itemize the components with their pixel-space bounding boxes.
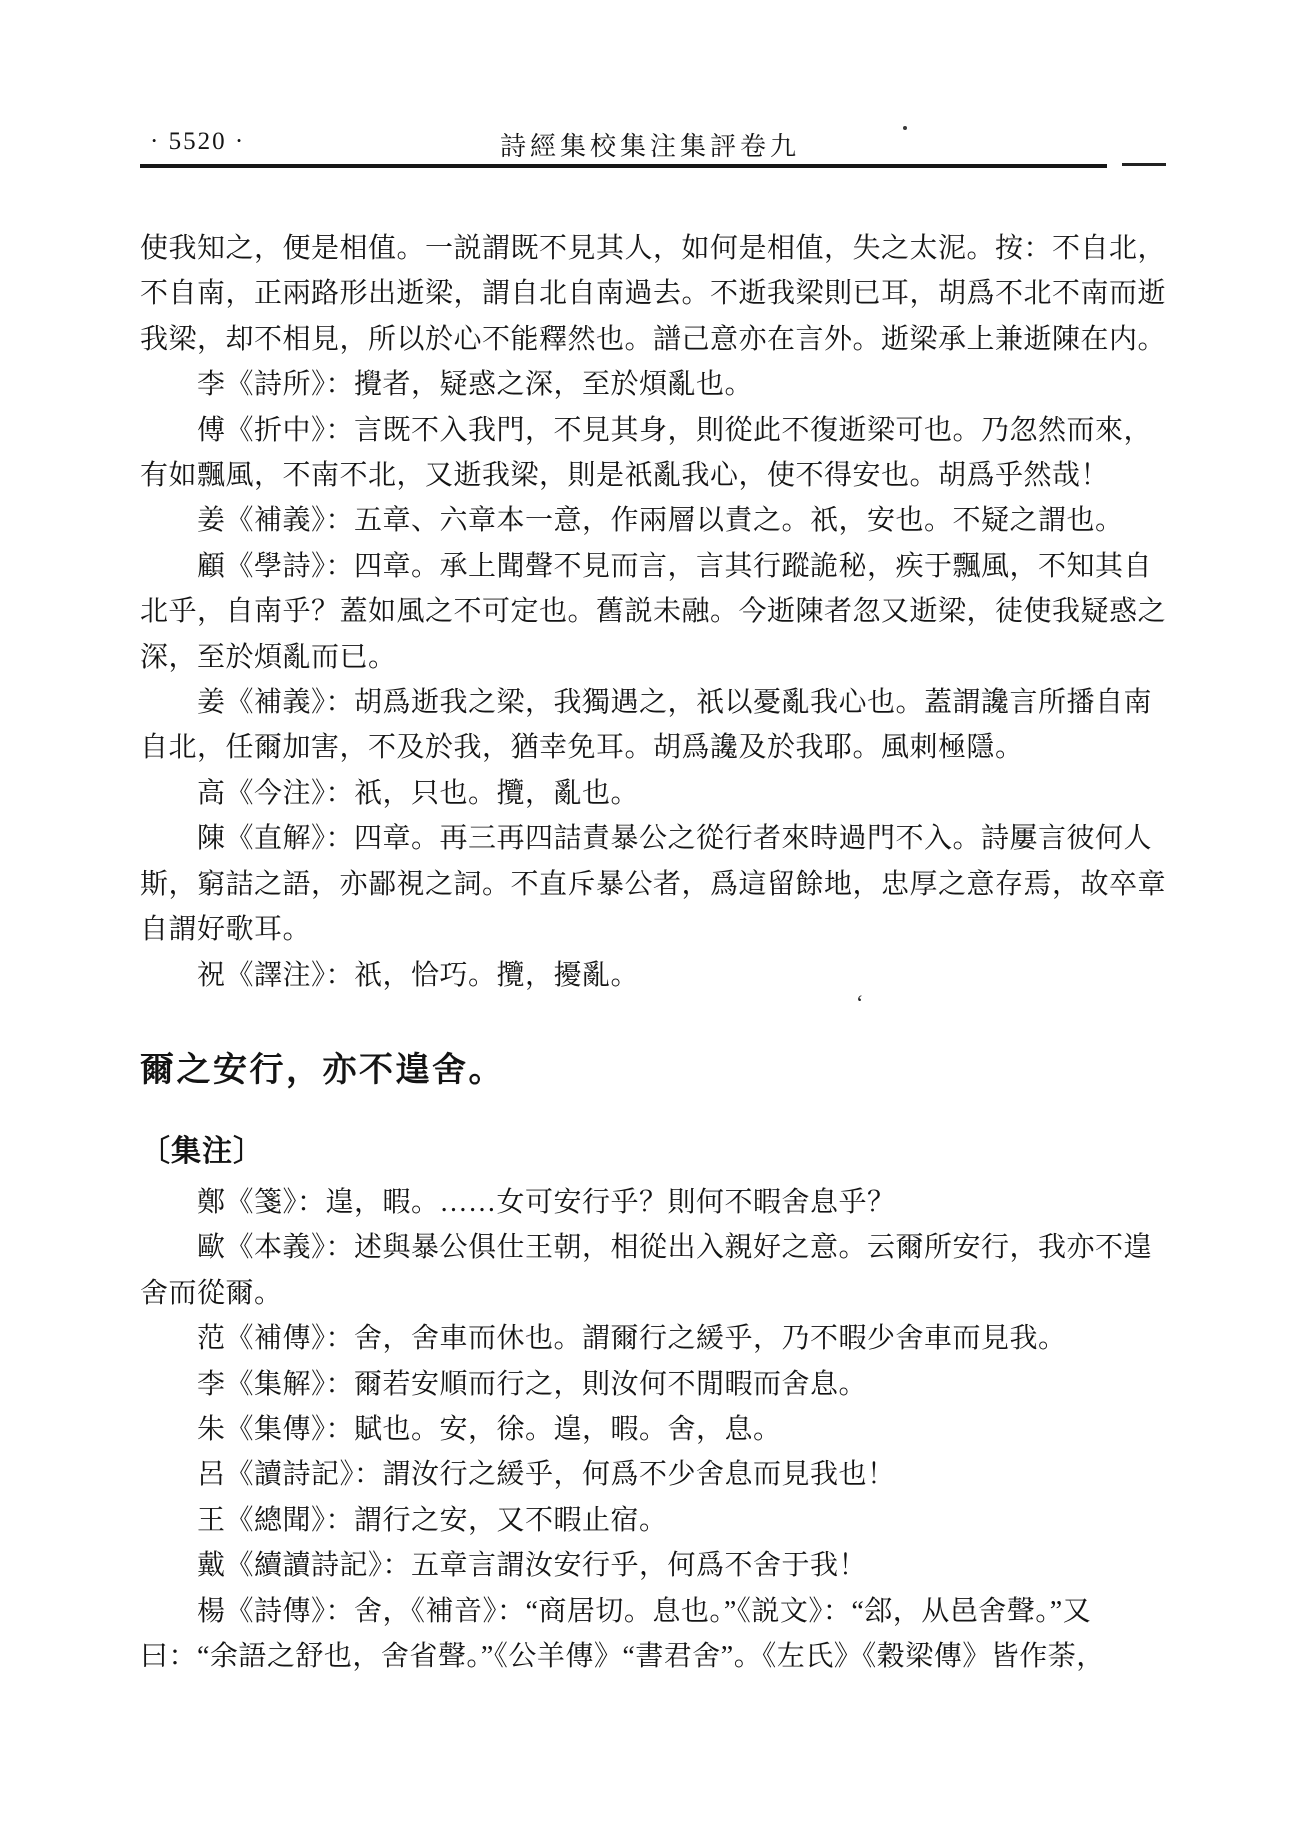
text-line: 不自南，正兩路形出逝梁，謂自北自南過去。不逝我梁則已耳，胡爲不北不南而逝 xyxy=(140,271,1162,316)
text-line: 王《總聞》：謂行之安，又不暇止宿。 xyxy=(140,1498,1162,1543)
text-line: 顧《學詩》：四章。承上聞聲不見而言，言其行蹤詭秘，疾于飄風，不知其自 xyxy=(140,544,1162,589)
text-line: 自謂好歌耳。 xyxy=(140,907,1162,952)
text-line: 戴《續讀詩記》：五章言謂汝安行乎，何爲不舍于我！ xyxy=(140,1543,1162,1588)
text-line: 舍而從爾。 xyxy=(140,1271,1162,1316)
text-line: 鄭《箋》：遑，暇。……女可安行乎？則何不暇舍息乎？ xyxy=(140,1180,1162,1225)
scan-artifact-quote: ‘ xyxy=(856,990,863,1016)
scan-artifact-dot xyxy=(903,126,907,130)
text-line: 呂《讀詩記》：謂汝行之緩乎，何爲不少舍息而見我也！ xyxy=(140,1452,1162,1497)
text-line: 有如飄風，不南不北，又逝我梁，則是祇亂我心，使不得安也。胡爲乎然哉！ xyxy=(140,453,1162,498)
text-line: 李《詩所》：攪者，疑惑之深，至於煩亂也。 xyxy=(140,362,1162,407)
text-line: 使我知之，便是相值。一説謂既不見其人，如何是相值，失之太泥。按：不自北， xyxy=(140,226,1162,271)
text-line: 斯，窮詰之語，亦鄙視之詞。不直斥暴公者，爲這留餘地，忠厚之意存焉，故卒章 xyxy=(140,862,1162,907)
header-rule-end-dash xyxy=(1122,163,1166,166)
text-line: 李《集解》：爾若安順而行之，則汝何不閒暇而舍息。 xyxy=(140,1362,1162,1407)
text-line: 深，至於煩亂而已。 xyxy=(140,635,1162,680)
text-line: 傅《折中》：言既不入我門，不見其身，則從此不復逝梁可也。乃忽然而來， xyxy=(140,408,1162,453)
text-line: 曰：“余語之舒也，舍省聲。”《公羊傳》“書君舍”。《左氏》《穀梁傳》皆作荼， xyxy=(140,1634,1162,1679)
text-line: 自北，任爾加害，不及於我，猶幸免耳。胡爲讒及於我耶。風刺極隱。 xyxy=(140,725,1162,770)
verse-heading: 爾之安行，亦不遑舍。 xyxy=(140,1042,505,1091)
commentary-section-upper: 使我知之，便是相值。一説謂既不見其人，如何是相值，失之太泥。按：不自北， 不自南… xyxy=(140,226,1162,998)
text-line: 姜《補義》：胡爲逝我之梁，我獨遇之，祇以憂亂我心也。蓋謂讒言所播自南 xyxy=(140,680,1162,725)
text-line: 朱《集傳》：賦也。安，徐。遑，暇。舍，息。 xyxy=(140,1407,1162,1452)
text-line: 我梁，却不相見，所以於心不能釋然也。譜己意亦在言外。逝梁承上兼逝陳在内。 xyxy=(140,317,1162,362)
commentary-section-collected-annotations: 鄭《箋》：遑，暇。……女可安行乎？則何不暇舍息乎？ 歐《本義》：述與暴公俱仕王朝… xyxy=(140,1180,1162,1679)
text-line: 歐《本義》：述與暴公俱仕王朝，相從出入親好之意。云爾所安行，我亦不遑 xyxy=(140,1225,1162,1270)
text-line: 楊《詩傳》：舍，《補音》：“商居切。息也。”《説文》：“郐，从邑舍聲。”又 xyxy=(140,1589,1162,1634)
text-line: 北乎，自南乎？蓋如風之不可定也。舊説未融。今逝陳者忽又逝梁，徒使我疑惑之 xyxy=(140,589,1162,634)
text-line: 高《今注》：祇，只也。攬，亂也。 xyxy=(140,771,1162,816)
header-rule xyxy=(140,164,1107,168)
collected-annotations-label: 〔集注〕 xyxy=(140,1126,264,1170)
text-line: 范《補傳》：舍，舍車而休也。謂爾行之緩乎，乃不暇少舍車而見我。 xyxy=(140,1316,1162,1361)
text-line: 姜《補義》：五章、六章本一意，作兩層以責之。祇，安也。不疑之謂也。 xyxy=(140,498,1162,543)
scanned-book-page: · 5520 · 詩經集校集注集評卷九 使我知之，便是相值。一説謂既不見其人，如… xyxy=(0,0,1300,1827)
running-title: 詩經集校集注集評卷九 xyxy=(140,126,1160,163)
text-line: 陳《直解》：四章。再三再四詰責暴公之從行者來時過門不入。詩屢言彼何人 xyxy=(140,816,1162,861)
text-line: 祝《譯注》：祇，恰巧。攬，擾亂。 xyxy=(140,953,1162,998)
